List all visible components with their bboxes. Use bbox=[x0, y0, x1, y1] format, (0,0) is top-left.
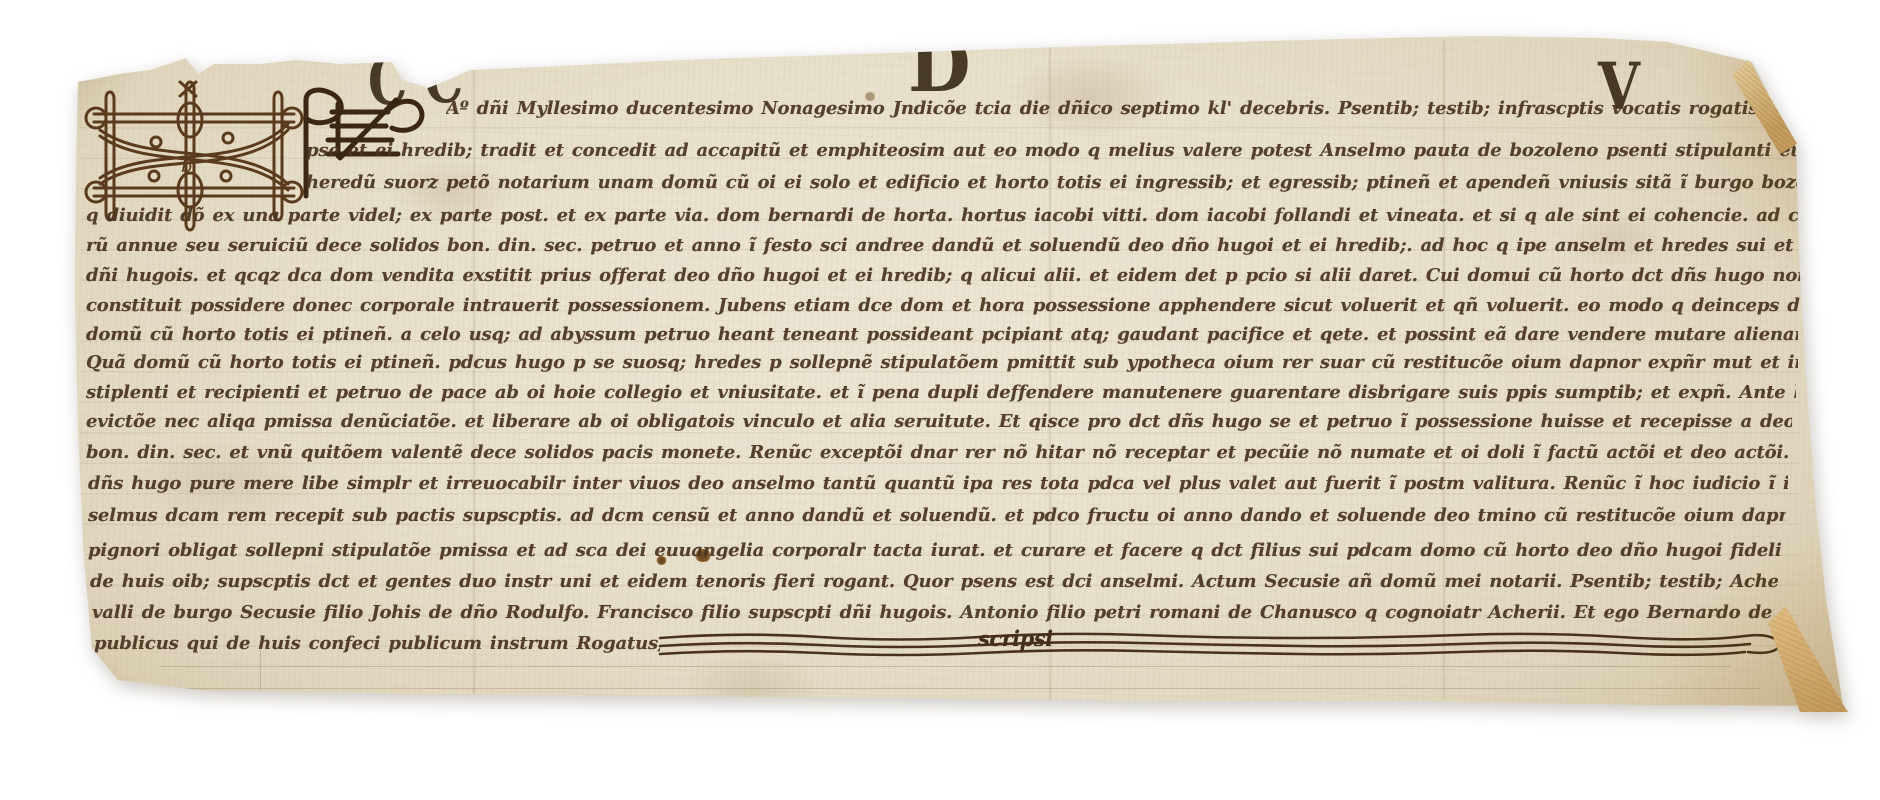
manuscript-line: selmus dcam rem recepit sub pactis supsc… bbox=[88, 503, 1786, 530]
manuscript-line: pse et ei hredib; tradit et concedit ad … bbox=[306, 138, 1802, 165]
manuscript-line: dñi hugois. et qcqz dca dom vendita exst… bbox=[86, 263, 1802, 290]
manuscript-line: bon. din. sec. et vnũ quitõem valentẽ de… bbox=[86, 440, 1788, 467]
notary-filler-word: scripsi bbox=[978, 626, 1053, 651]
knot-center-mark: b bbox=[181, 156, 193, 177]
manuscript-line: pignori obligat sollepni stipulatõe pmis… bbox=[88, 538, 1782, 565]
line-filler-rules bbox=[650, 628, 1802, 664]
manuscript-line: dñs hugo pure mere libe simplr et irreuo… bbox=[88, 471, 1788, 498]
manuscript-line: rũ annue seu seruiciũ dece solidos bon. … bbox=[86, 233, 1804, 260]
manuscript-line: publicus qui de huis confeci publicum in… bbox=[94, 631, 660, 658]
display-letter: C bbox=[368, 42, 407, 120]
manuscript-line: heredũ suorz petõ notarium unam domũ cũ … bbox=[306, 170, 1804, 197]
manuscript-line: Aº dñi Myllesimo ducentesimo Nonagesimo … bbox=[446, 96, 1798, 123]
manuscript-line: stiplenti et recipienti et petruo de pac… bbox=[86, 380, 1796, 407]
manuscript-line: constituit possidere donec corporale int… bbox=[86, 293, 1800, 320]
parchment-sheet: b C C D V Aº dñi Myllesimo ducentesimo N… bbox=[0, 0, 1880, 800]
manuscript-line: Quã domũ cũ horto totis ei ptineñ. pdcus… bbox=[86, 350, 1798, 377]
manuscript-line: evictõe nec aliqa pmissa denũciatõe. et … bbox=[86, 409, 1792, 436]
manuscript-line: q diuidit dõ ex una parte videl; ex part… bbox=[86, 203, 1802, 230]
parchment-sheet-wrap: b C C D V Aº dñi Myllesimo ducentesimo N… bbox=[0, 0, 1880, 800]
manuscript-line: de huis oib; supscptis dct et gentes duo… bbox=[90, 569, 1778, 596]
manuscript-line: valli de burgo Secusie filio Johis de dñ… bbox=[92, 600, 1774, 627]
margin-rule bbox=[160, 666, 1730, 667]
manuscript-photograph: b C C D V Aº dñi Myllesimo ducentesimo N… bbox=[0, 0, 1880, 800]
margin-rule bbox=[160, 688, 1760, 689]
manuscript-line: domũ cũ horto totis ei ptineñ. a celo us… bbox=[86, 322, 1798, 349]
